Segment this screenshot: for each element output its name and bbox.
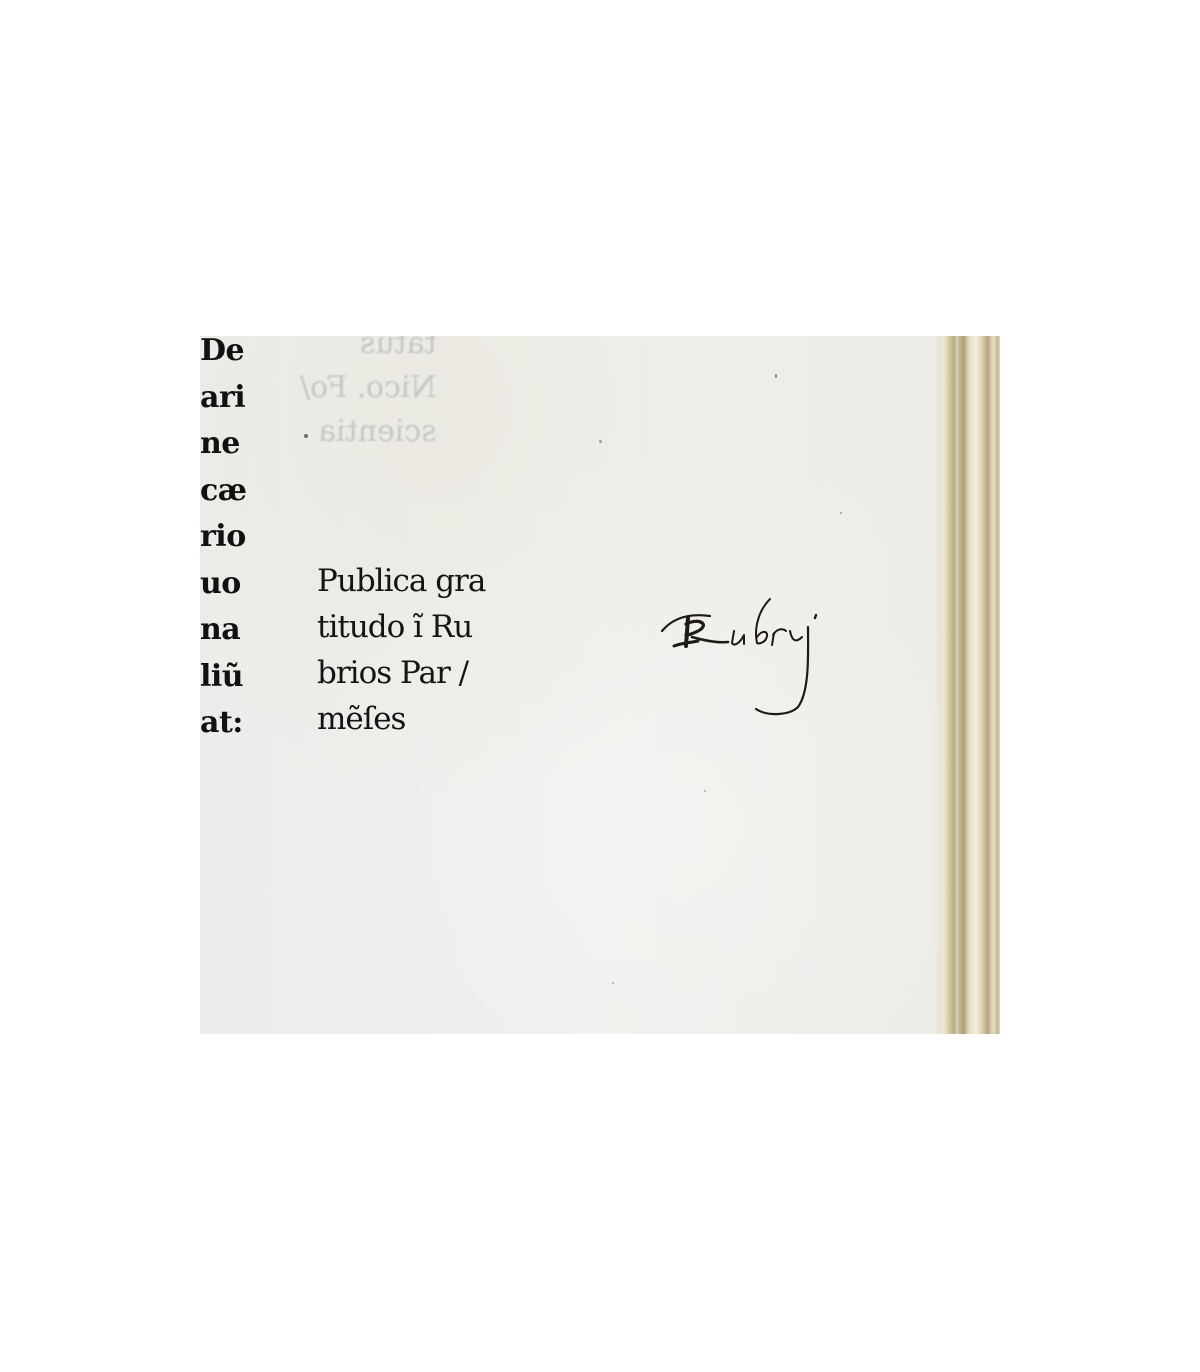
text-line: ne: [200, 421, 260, 468]
text-line: rio: [200, 514, 260, 561]
ink-speck: [599, 440, 602, 443]
handwritten-annotation: [658, 591, 858, 721]
text-line: ari: [200, 375, 260, 422]
ink-speck: [304, 434, 308, 438]
text-line: cæ: [200, 468, 260, 515]
ink-speck: [840, 512, 842, 514]
handwritten-rubrij-icon: [658, 591, 858, 721]
text-line: na: [200, 607, 260, 654]
text-line: liũ: [200, 654, 260, 701]
marginal-note-line: brios Par /: [317, 650, 485, 696]
page-photograph: tatus Nico. Fo/ scientia De ari ne cæ ri…: [200, 336, 1000, 1034]
page-fore-edge: [938, 336, 1000, 1034]
show-through-line: Nico. Fo/: [300, 366, 437, 410]
marginal-note-line: Publica gra: [317, 558, 485, 604]
text-line: uo: [200, 561, 260, 608]
ink-speck: [704, 790, 706, 792]
marginal-note-line: mẽſes: [317, 696, 485, 742]
ink-speck: [775, 374, 777, 378]
show-through-line: tatus: [300, 336, 437, 366]
show-through-text: tatus Nico. Fo/ scientia: [300, 336, 437, 454]
main-text-column-fragment: De ari ne cæ rio uo na liũ at:: [200, 336, 260, 747]
show-through-line: scientia: [300, 410, 437, 454]
ink-speck: [612, 982, 614, 984]
printed-marginal-note: Publica gra titudo ĩ Ru brios Par / mẽſe…: [317, 558, 485, 742]
text-line: at:: [200, 700, 260, 747]
marginal-note-line: titudo ĩ Ru: [317, 604, 485, 650]
text-line: De: [200, 336, 260, 375]
